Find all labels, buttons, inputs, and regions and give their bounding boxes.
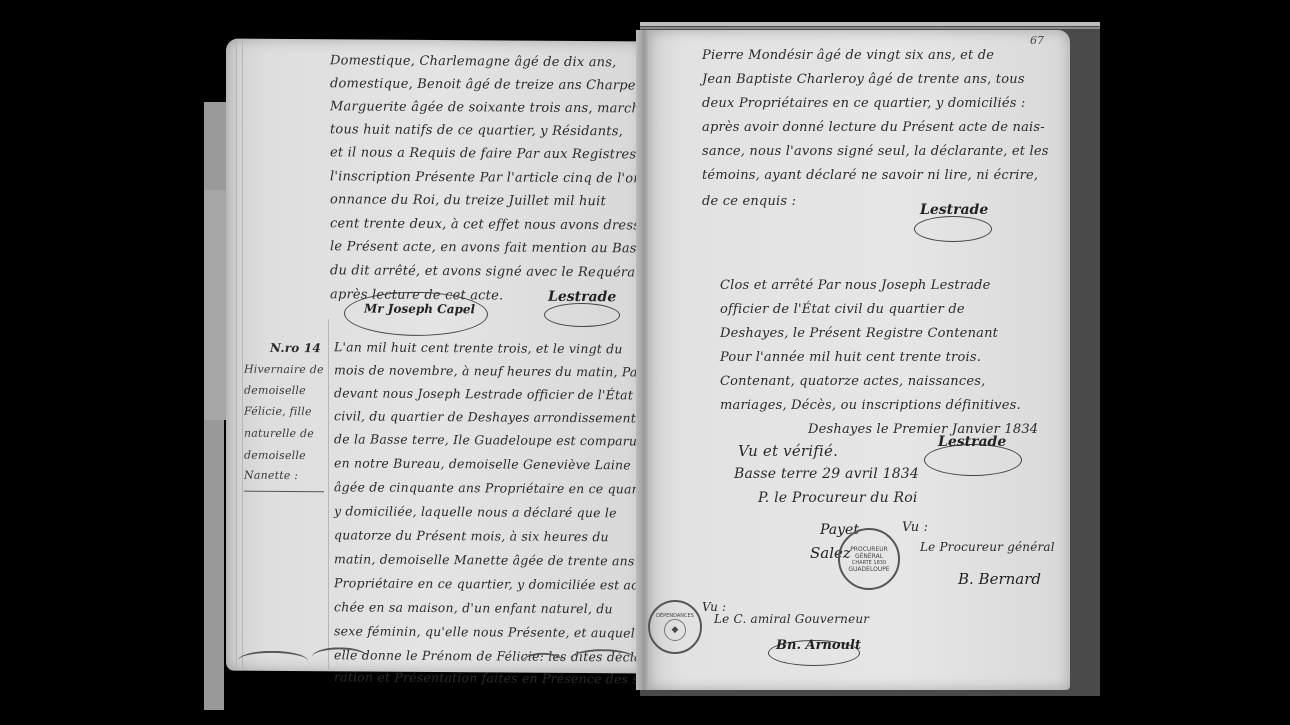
text-line: Pierre Mondésir âgé de vingt six ans, et…: [702, 48, 994, 63]
scan-edge-strip: [640, 27, 1100, 29]
text-line: du dit arrêté, et avons signé avec le Re…: [330, 263, 649, 280]
margin-note: Hivernaire de: [244, 363, 324, 377]
signature-arnoult: Bn. Arnoult: [776, 638, 861, 653]
text-line: de ce enquis :: [702, 194, 796, 209]
margin-note: Nanette :: [244, 469, 298, 482]
scan-edge-strip: [640, 22, 1100, 26]
procureur-seal: PROCUREUR GÉNÉRAL CHARTE 1830 GUADELOUPE: [838, 528, 900, 590]
text-line: devant nous Joseph Lestrade officier de …: [334, 385, 633, 402]
text-line: officier de l'État civil du quartier de: [720, 302, 965, 317]
folio-number: 67: [1030, 34, 1044, 47]
margin-note: demoiselle: [244, 384, 306, 397]
seal-text: PROCUREUR GÉNÉRAL: [840, 546, 898, 560]
text-line: L'an mil huit cent trente trois, et le v…: [334, 339, 623, 356]
verification-text: Basse terre 29 avril 1834: [734, 466, 919, 482]
margin-note: Félicie, fille: [244, 405, 312, 418]
margin-note: demoiselle: [244, 449, 306, 462]
text-line: Deshayes, le Présent Registre Contenant: [720, 326, 998, 341]
text-line: chée en sa maison, d'un enfant naturel, …: [334, 599, 613, 616]
entry-number: N.ro 14: [270, 341, 321, 355]
verification-text: P. le Procureur du Roi: [758, 490, 918, 506]
text-line: civil, du quartier de Deshayes arrondiss…: [334, 408, 636, 425]
text-line: Contenant, quatorze actes, naissances,: [720, 374, 985, 389]
text-line: deux Propriétaires en ce quartier, y dom…: [702, 96, 1026, 111]
verification-text: Vu et vérifié.: [738, 442, 838, 460]
text-line: témoins, ayant déclaré ne savoir ni lire…: [702, 168, 1038, 183]
text-line: y domiciliée, laquelle nous a déclaré qu…: [334, 503, 617, 520]
seal-text: GUADELOUPE: [848, 566, 889, 573]
text-line: quatorze du Présent mois, à six heures d…: [334, 527, 609, 544]
dependances-stamp: DÉPENDANCES ◆: [648, 600, 702, 654]
decorative-flourish: [570, 649, 636, 669]
text-line: Domestique, Charlemagne âgé de dix ans,: [330, 53, 616, 70]
gouverneur-title: Le C. amiral Gouverneur: [714, 612, 869, 626]
text-line: mois de novembre, à neuf heures du matin…: [334, 362, 644, 379]
text-line: onnance du Roi, du treize Juillet mil hu…: [330, 192, 606, 209]
text-line: et il nous a Requis de faire Par aux Reg…: [330, 145, 636, 162]
text-line: après avoir donné lecture du Présent act…: [702, 120, 1045, 135]
text-line: domestique, Benoit âgé de treize ans Cha…: [330, 76, 671, 93]
procureur-title: Le Procureur général: [920, 540, 1055, 554]
text-line: Clos et arrêté Par nous Joseph Lestrade: [720, 278, 991, 293]
document-viewer: Domestique, Charlemagne âgé de dix ans, …: [0, 0, 1290, 725]
signature-capel: Mr Joseph Capel: [364, 302, 475, 317]
signature-lestrade: Lestrade: [548, 289, 616, 305]
text-line: tous huit natifs de ce quartier, y Résid…: [330, 122, 623, 139]
scan-edge-strip: [204, 420, 224, 710]
text-line: mariages, Décès, ou inscriptions définit…: [720, 398, 1021, 413]
left-page: Domestique, Charlemagne âgé de dix ans, …: [226, 39, 642, 674]
decorative-flourish: [238, 651, 308, 671]
stamp-emblem: ◆: [664, 619, 686, 641]
text-line: Jean Baptiste Charleroy âgé de trente an…: [702, 72, 1025, 87]
text-line: sexe féminin, qu'elle nous Présente, et …: [334, 623, 635, 640]
margin-note: naturelle de: [244, 427, 314, 440]
margin-line: [242, 39, 243, 671]
text-line: Pour l'année mil huit cent trente trois.: [720, 350, 981, 365]
text-line: de la Basse terre, Ile Guadeloupe est co…: [334, 431, 645, 448]
text-line: âgée de cinquante ans Propriétaire en ce…: [334, 479, 661, 496]
text-line: le Présent acte, en avons fait mention a…: [330, 239, 637, 256]
vu-label: Vu :: [902, 520, 928, 535]
margin-line: [236, 39, 237, 671]
decorative-flourish: [312, 647, 368, 667]
signature-lestrade: Lestrade: [938, 434, 1006, 450]
signature-bernard: B. Bernard: [958, 570, 1041, 588]
text-line: l'inscription Présente Par l'article cin…: [330, 169, 653, 186]
text-line: en notre Bureau, demoiselle Geneviève La…: [334, 455, 631, 472]
margin-line: [328, 319, 329, 671]
text-line: matin, demoiselle Manette âgée de trente…: [334, 551, 635, 568]
text-line: Propriétaire en ce quartier, y domicilié…: [334, 575, 666, 592]
text-line: cent trente deux, à cet effet nous avons…: [330, 216, 648, 233]
signature-flourish: [914, 216, 992, 242]
divider: [244, 491, 324, 493]
text-line: sance, nous l'avons signé seul, la décla…: [702, 144, 1049, 159]
right-page: Pierre Mondésir âgé de vingt six ans, et…: [648, 30, 1070, 690]
signature-flourish: [544, 303, 620, 328]
signature-lestrade: Lestrade: [920, 202, 988, 218]
text-line: Marguerite âgée de soixante trois ans, m…: [330, 99, 677, 116]
text-line: ration et Présentation faites en Présenc…: [334, 669, 672, 686]
decorative-flourish: [522, 653, 564, 673]
